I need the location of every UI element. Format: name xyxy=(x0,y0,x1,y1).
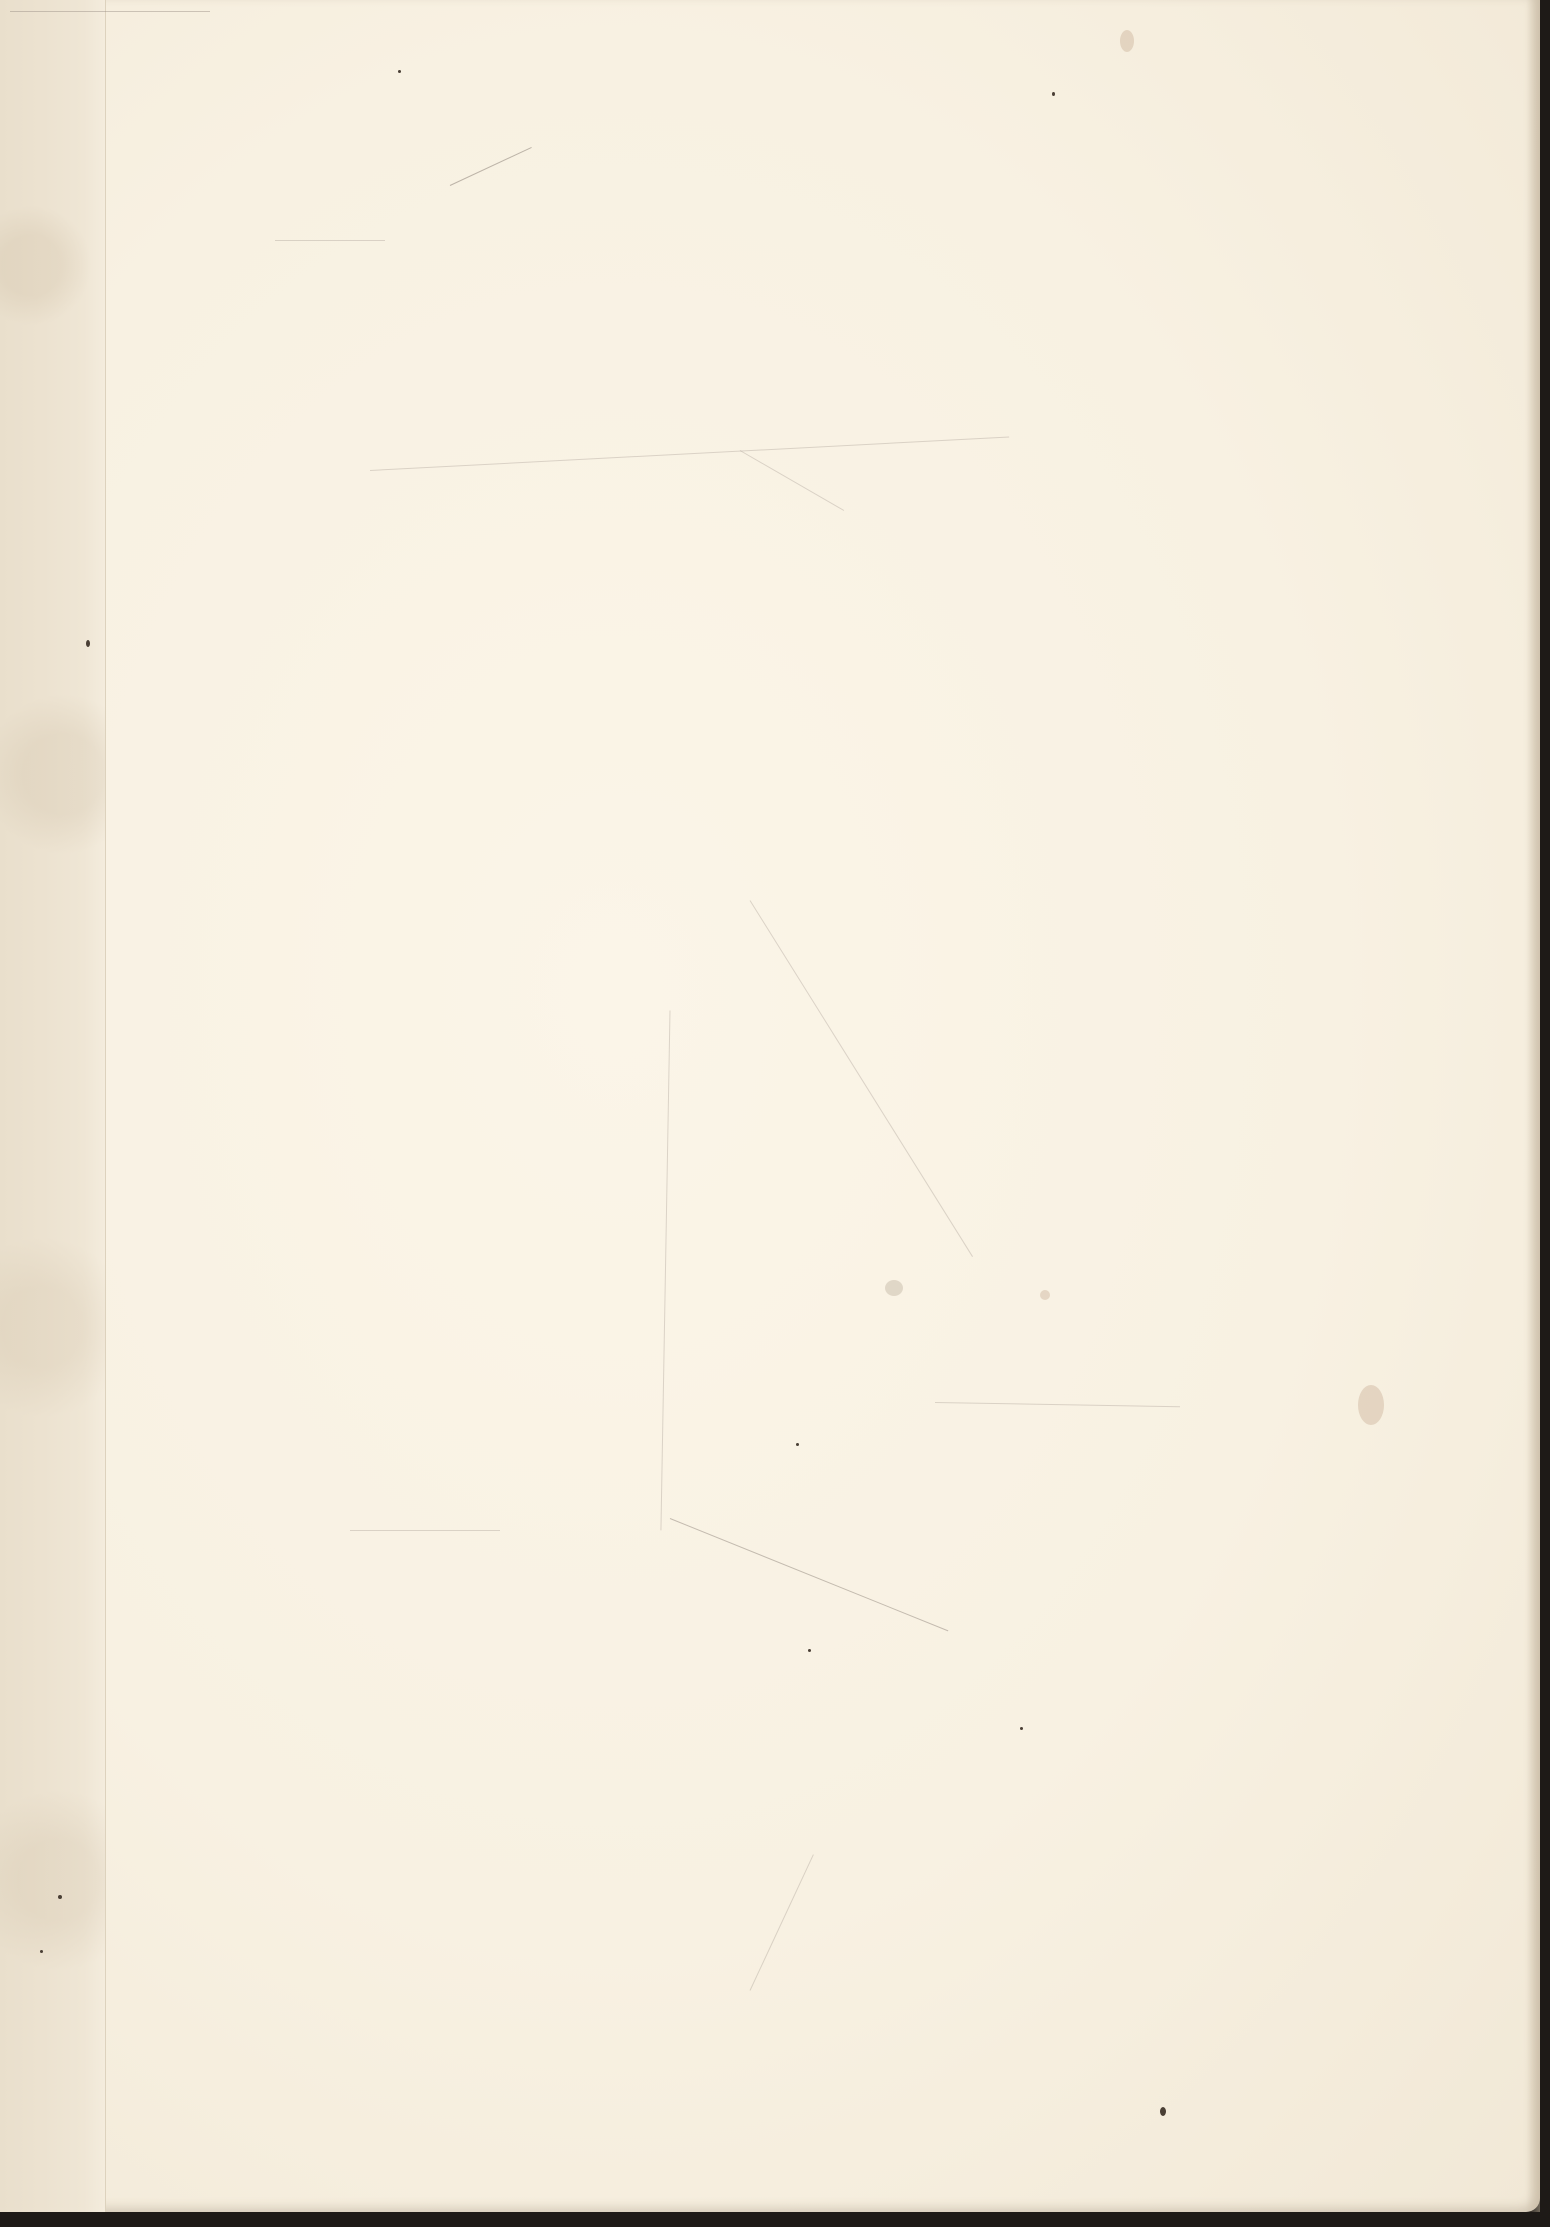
scratch-mark xyxy=(750,900,973,1257)
top-edge-line xyxy=(10,11,210,12)
spine-discoloration xyxy=(0,0,105,2212)
scratch-mark xyxy=(935,1402,1180,1407)
dust-speck xyxy=(1020,1727,1023,1730)
foxing-stain xyxy=(885,1280,903,1296)
page-right-edge xyxy=(1526,0,1540,2212)
dust-speck xyxy=(1052,92,1055,96)
dust-speck xyxy=(808,1649,811,1652)
scratch-mark xyxy=(660,1010,670,1530)
dust-speck xyxy=(40,1950,43,1953)
scratch-mark xyxy=(275,240,385,241)
dust-speck xyxy=(58,1895,62,1899)
scratch-mark xyxy=(350,1530,500,1531)
scratch-mark xyxy=(670,1518,949,1631)
scratch-mark xyxy=(370,437,1009,471)
foxing-stain xyxy=(1358,1385,1384,1425)
book-spine-strip xyxy=(0,0,106,2212)
foxing-stain xyxy=(1120,30,1134,52)
dust-speck xyxy=(796,1443,799,1446)
dust-speck xyxy=(86,640,90,647)
foxing-stain xyxy=(1040,1290,1050,1300)
scratch-mark xyxy=(740,450,844,511)
dust-speck xyxy=(1160,2107,1166,2116)
blank-page xyxy=(0,0,1540,2212)
scratch-mark xyxy=(450,147,532,186)
scan-background xyxy=(0,0,1550,2227)
dust-speck xyxy=(398,70,401,73)
scratch-mark xyxy=(750,1854,814,1990)
